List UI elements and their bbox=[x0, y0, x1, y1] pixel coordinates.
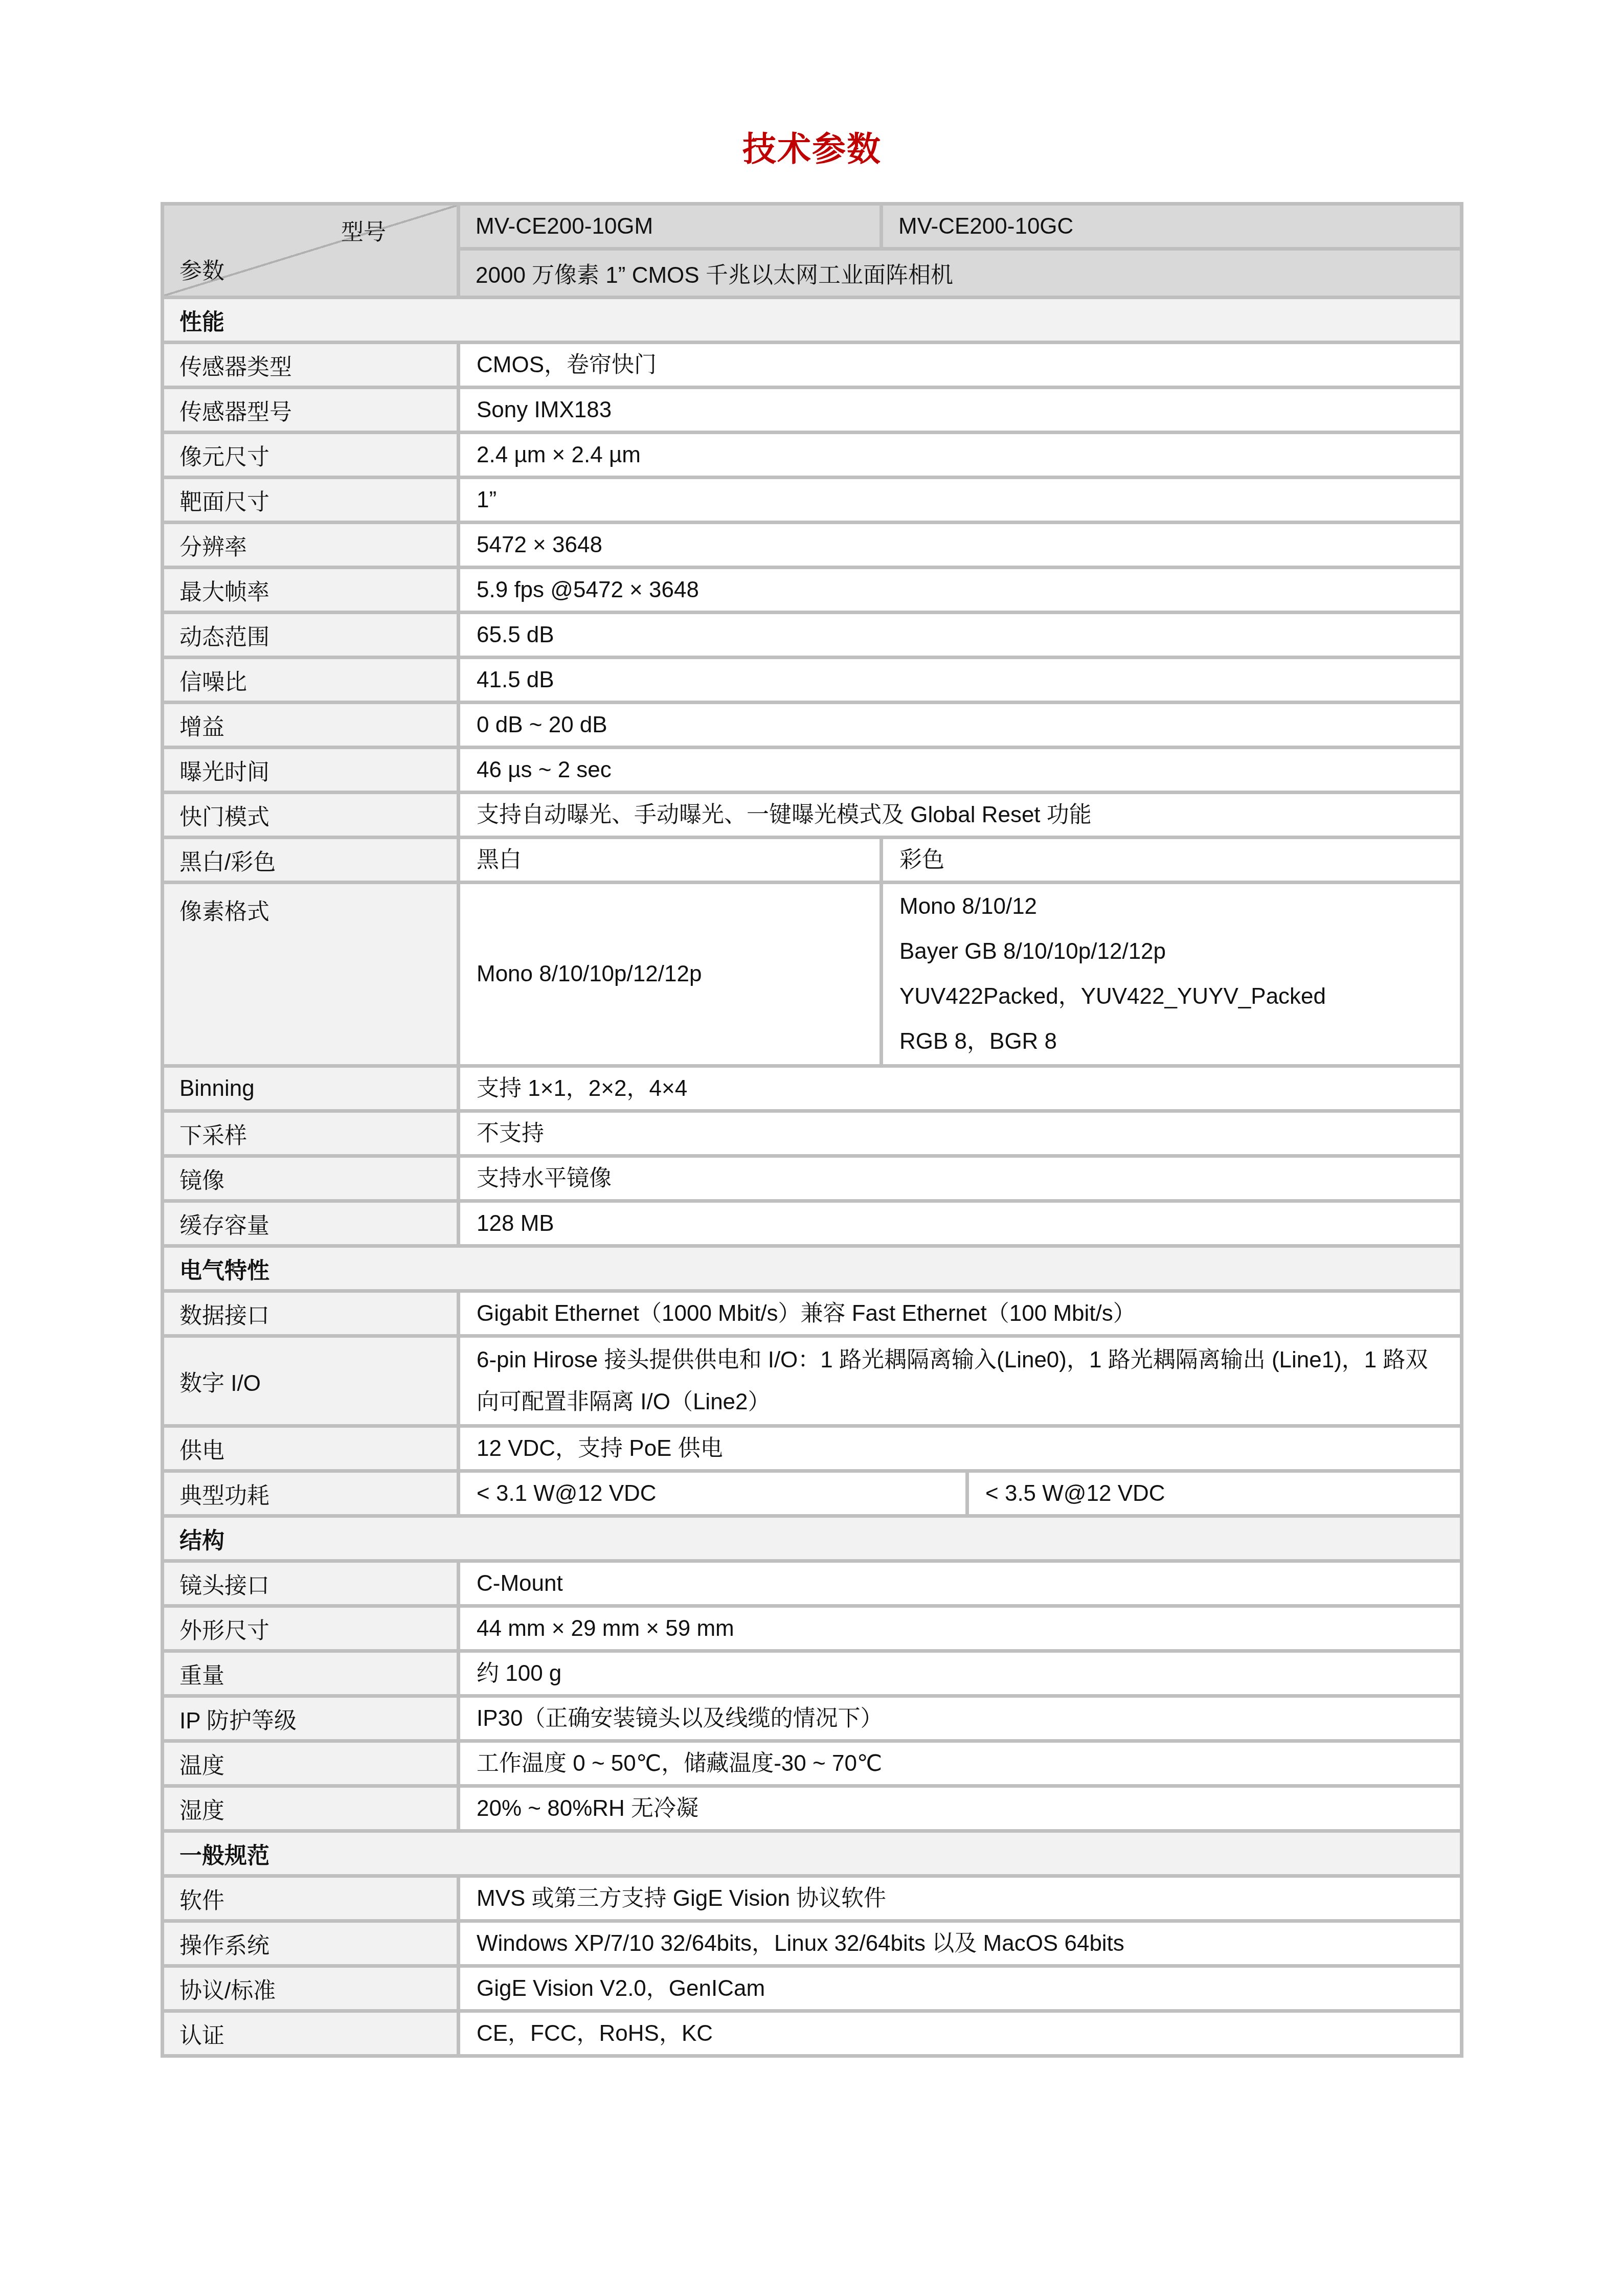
row-label: 数据接口 bbox=[164, 1293, 457, 1334]
row-label: 增益 bbox=[164, 704, 457, 746]
format-line: RGB 8，BGR 8 bbox=[899, 1019, 1326, 1064]
spec-row-power-supply: 供电 12 VDC，支持 PoE 供电 bbox=[164, 1428, 1460, 1469]
row-label: 外形尺寸 bbox=[164, 1608, 457, 1649]
spec-row-software: 软件 MVS 或第三方支持 GigE Vision 协议软件 bbox=[164, 1878, 1460, 1919]
header-model-gm: MV-CE200-10GM bbox=[460, 206, 879, 247]
spec-row-dynamic-range: 动态范围 65.5 dB bbox=[164, 614, 1460, 656]
spec-row-protocol: 协议/标准 GigE Vision V2.0，GenICam bbox=[164, 1968, 1460, 2009]
row-label: 下采样 bbox=[164, 1113, 457, 1154]
row-label: 缓存容量 bbox=[164, 1203, 457, 1244]
table-header: 型号 参数 MV-CE200-10GM MV-CE200-10GC 2000 万… bbox=[164, 206, 1460, 296]
document-page: 技术参数 型号 参数 MV-CE200-10GM MV-CE200-10GC 2… bbox=[0, 0, 1624, 2058]
row-label: 供电 bbox=[164, 1428, 457, 1469]
section-label: 性能 bbox=[164, 299, 1460, 341]
color-format-lines: Mono 8/10/12 Bayer GB 8/10/10p/12/12p YU… bbox=[899, 884, 1326, 1064]
spec-row-sensor-type: 传感器类型 CMOS，卷帘快门 bbox=[164, 344, 1460, 386]
row-value: GigE Vision V2.0，GenICam bbox=[460, 1968, 1460, 2009]
spec-table: 型号 参数 MV-CE200-10GM MV-CE200-10GC 2000 万… bbox=[161, 202, 1463, 2058]
spec-row-pixel-size: 像元尺寸 2.4 µm × 2.4 µm bbox=[164, 434, 1460, 476]
row-value-mono: 黑白 bbox=[460, 839, 879, 881]
spec-row-certification: 认证 CE，FCC，RoHS，KC bbox=[164, 2013, 1460, 2054]
row-value-gc-power: < 3.5 W@12 VDC bbox=[969, 1473, 1460, 1514]
spec-row-shutter-mode: 快门模式 支持自动曝光、手动曝光、一键曝光模式及 Global Reset 功能 bbox=[164, 794, 1460, 836]
row-value-gm-power: < 3.1 W@12 VDC bbox=[460, 1473, 965, 1514]
row-value: 不支持 bbox=[460, 1113, 1460, 1154]
row-value: 1” bbox=[460, 479, 1460, 521]
row-value: 2.4 µm × 2.4 µm bbox=[460, 434, 1460, 476]
section-label: 电气特性 bbox=[164, 1248, 1460, 1289]
row-value: 0 dB ~ 20 dB bbox=[460, 704, 1460, 746]
row-label: 操作系统 bbox=[164, 1923, 457, 1964]
spec-row-resolution: 分辨率 5472 × 3648 bbox=[164, 524, 1460, 566]
row-label: 像素格式 bbox=[164, 884, 457, 1064]
spec-row-lens-mount: 镜头接口 C-Mount bbox=[164, 1563, 1460, 1604]
row-value: 128 MB bbox=[460, 1203, 1460, 1244]
row-value: 5.9 fps @5472 × 3648 bbox=[460, 569, 1460, 611]
spec-row-ip-rating: IP 防护等级 IP30（正确安装镜头以及线缆的情况下） bbox=[164, 1698, 1460, 1739]
header-model-label: 型号 bbox=[341, 214, 386, 246]
section-row-general: 一般规范 bbox=[164, 1833, 1460, 1874]
spec-row-data-interface: 数据接口 Gigabit Ethernet（1000 Mbit/s）兼容 Fas… bbox=[164, 1293, 1460, 1334]
row-label: 传感器类型 bbox=[164, 344, 457, 386]
spec-row-pixel-format: 像素格式 Mono 8/10/10p/12/12p Mono 8/10/12 B… bbox=[164, 884, 1460, 1064]
page-title: 技术参数 bbox=[161, 122, 1463, 170]
row-value: Gigabit Ethernet（1000 Mbit/s）兼容 Fast Eth… bbox=[460, 1293, 1460, 1334]
header-description: 2000 万像素 1” CMOS 千兆以太网工业面阵相机 bbox=[460, 251, 1460, 296]
spec-row-humidity: 湿度 20% ~ 80%RH 无冷凝 bbox=[164, 1788, 1460, 1829]
section-label: 一般规范 bbox=[164, 1833, 1460, 1874]
header-diagonal-cell: 型号 参数 bbox=[164, 206, 457, 296]
row-label: 传感器型号 bbox=[164, 389, 457, 431]
row-label: 靶面尺寸 bbox=[164, 479, 457, 521]
spec-row-max-framerate: 最大帧率 5.9 fps @5472 × 3648 bbox=[164, 569, 1460, 611]
row-value: 工作温度 0 ~ 50℃，储藏温度-30 ~ 70℃ bbox=[460, 1743, 1460, 1784]
section-row-performance: 性能 bbox=[164, 299, 1460, 341]
row-value: CMOS，卷帘快门 bbox=[460, 344, 1460, 386]
row-value: 支持 1×1，2×2，4×4 bbox=[460, 1068, 1460, 1109]
row-label: 典型功耗 bbox=[164, 1473, 457, 1514]
row-label: 信噪比 bbox=[164, 659, 457, 701]
spec-row-snr: 信噪比 41.5 dB bbox=[164, 659, 1460, 701]
spec-row-decimation: 下采样 不支持 bbox=[164, 1113, 1460, 1154]
row-label: 曝光时间 bbox=[164, 749, 457, 791]
row-value: 20% ~ 80%RH 无冷凝 bbox=[460, 1788, 1460, 1829]
format-line: YUV422Packed，YUV422_YUYV_Packed bbox=[899, 974, 1326, 1019]
spec-row-mirror: 镜像 支持水平镜像 bbox=[164, 1158, 1460, 1199]
row-value: 6-pin Hirose 接头提供供电和 I/O：1 路光耦隔离输入(Line0… bbox=[460, 1338, 1460, 1424]
spec-row-exposure-time: 曝光时间 46 µs ~ 2 sec bbox=[164, 749, 1460, 791]
row-value: IP30（正确安装镜头以及线缆的情况下） bbox=[460, 1698, 1460, 1739]
row-label: 重量 bbox=[164, 1653, 457, 1694]
spec-row-temperature: 温度 工作温度 0 ~ 50℃，储藏温度-30 ~ 70℃ bbox=[164, 1743, 1460, 1784]
row-label: 镜像 bbox=[164, 1158, 457, 1199]
row-label: 黑白/彩色 bbox=[164, 839, 457, 881]
row-label: 像元尺寸 bbox=[164, 434, 457, 476]
spec-row-mono-color: 黑白/彩色 黑白 彩色 bbox=[164, 839, 1460, 881]
spec-row-sensor-model: 传感器型号 Sony IMX183 bbox=[164, 389, 1460, 431]
row-label: 认证 bbox=[164, 2013, 457, 2054]
section-row-electrical: 电气特性 bbox=[164, 1248, 1460, 1289]
spec-row-sensor-format: 靶面尺寸 1” bbox=[164, 479, 1460, 521]
format-line: Bayer GB 8/10/10p/12/12p bbox=[899, 929, 1326, 974]
row-value: 44 mm × 29 mm × 59 mm bbox=[460, 1608, 1460, 1649]
spec-row-digital-io: 数字 I/O 6-pin Hirose 接头提供供电和 I/O：1 路光耦隔离输… bbox=[164, 1338, 1460, 1424]
format-line: Mono 8/10/12 bbox=[899, 884, 1326, 929]
row-value: 支持水平镜像 bbox=[460, 1158, 1460, 1199]
row-label: 协议/标准 bbox=[164, 1968, 457, 2009]
row-label: Binning bbox=[164, 1068, 457, 1109]
row-value: 支持自动曝光、手动曝光、一键曝光模式及 Global Reset 功能 bbox=[460, 794, 1460, 836]
row-value-color-formats: Mono 8/10/12 Bayer GB 8/10/10p/12/12p YU… bbox=[883, 884, 1460, 1064]
row-value: C-Mount bbox=[460, 1563, 1460, 1604]
row-value: 41.5 dB bbox=[460, 659, 1460, 701]
row-label: 镜头接口 bbox=[164, 1563, 457, 1604]
section-row-structure: 结构 bbox=[164, 1518, 1460, 1559]
row-value: 约 100 g bbox=[460, 1653, 1460, 1694]
row-label: IP 防护等级 bbox=[164, 1698, 457, 1739]
row-label: 温度 bbox=[164, 1743, 457, 1784]
spec-row-weight: 重量 约 100 g bbox=[164, 1653, 1460, 1694]
row-label: 最大帧率 bbox=[164, 569, 457, 611]
spec-row-power-consumption: 典型功耗 < 3.1 W@12 VDC < 3.5 W@12 VDC bbox=[164, 1473, 1460, 1514]
spec-row-binning: Binning 支持 1×1，2×2，4×4 bbox=[164, 1068, 1460, 1109]
spec-row-buffer: 缓存容量 128 MB bbox=[164, 1203, 1460, 1244]
row-label: 分辨率 bbox=[164, 524, 457, 566]
row-value: 5472 × 3648 bbox=[460, 524, 1460, 566]
section-label: 结构 bbox=[164, 1518, 1460, 1559]
row-value: Windows XP/7/10 32/64bits，Linux 32/64bit… bbox=[460, 1923, 1460, 1964]
spec-row-dimensions: 外形尺寸 44 mm × 29 mm × 59 mm bbox=[164, 1608, 1460, 1649]
row-value-color: 彩色 bbox=[883, 839, 1460, 881]
row-label: 动态范围 bbox=[164, 614, 457, 656]
row-label: 湿度 bbox=[164, 1788, 457, 1829]
spec-row-gain: 增益 0 dB ~ 20 dB bbox=[164, 704, 1460, 746]
row-value: 46 µs ~ 2 sec bbox=[460, 749, 1460, 791]
header-param-label: 参数 bbox=[179, 253, 224, 285]
row-value: CE，FCC，RoHS，KC bbox=[460, 2013, 1460, 2054]
row-label: 数字 I/O bbox=[164, 1338, 457, 1424]
row-label: 软件 bbox=[164, 1878, 457, 1919]
spec-row-os: 操作系统 Windows XP/7/10 32/64bits，Linux 32/… bbox=[164, 1923, 1460, 1964]
row-value: 12 VDC，支持 PoE 供电 bbox=[460, 1428, 1460, 1469]
row-value-mono-formats: Mono 8/10/10p/12/12p bbox=[460, 884, 879, 1064]
row-label: 快门模式 bbox=[164, 794, 457, 836]
row-value: MVS 或第三方支持 GigE Vision 协议软件 bbox=[460, 1878, 1460, 1919]
header-model-gc: MV-CE200-10GC bbox=[883, 206, 1460, 247]
row-value: 65.5 dB bbox=[460, 614, 1460, 656]
row-value: Sony IMX183 bbox=[460, 389, 1460, 431]
